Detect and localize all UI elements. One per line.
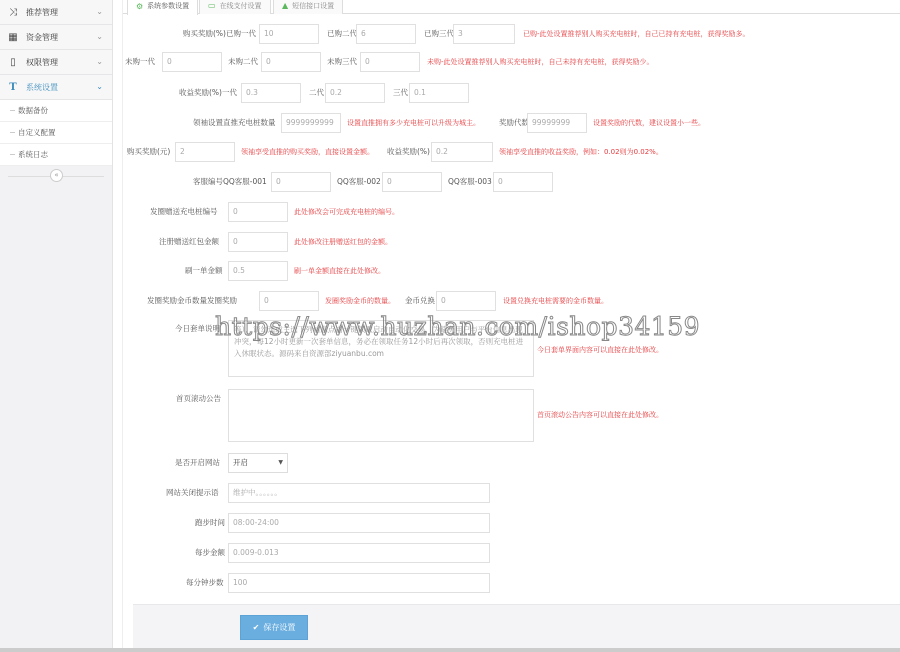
label-per-order-amount: 刷一单金额 (185, 262, 223, 280)
coin-exchange-input[interactable]: 0 (436, 291, 496, 311)
per-order-amount-input[interactable]: 0.5 (228, 261, 288, 281)
hint-today-order-desc: 今日套单界面内容可以直接在此处修改。 (537, 341, 663, 359)
tab-label: 短信接口设置 (292, 1, 334, 11)
leader-direct-count-input[interactable]: 9999999999 (281, 113, 341, 133)
chevron-down-icon: ⌄ (96, 57, 103, 66)
label-close-message: 网站关闭提示语 (166, 484, 219, 502)
hint-per-order-amount: 刷一单金额直接在此处修改。 (294, 262, 385, 280)
hint-coin-exchange: 设置兑换充电桩需要的金币数量。 (503, 292, 608, 310)
steps-per-minute-input[interactable]: 100 (228, 573, 490, 593)
sidebar-item-recommend[interactable]: ⤨ 推荐管理 ⌄ (0, 0, 112, 25)
label-qq-003: QQ客服-003 (448, 173, 492, 191)
label-share-charger-number: 发圈赠送充电桩编号 (150, 203, 218, 221)
chevron-down-icon: ⌄ (96, 82, 103, 91)
sidebar-item-label: 系统设置 (26, 82, 58, 93)
unpurchased-gen3-input[interactable]: 0 (360, 52, 420, 72)
label-purchased-gen3: 已购三代 (424, 25, 454, 43)
leader-purchase-reward-input[interactable]: 2 (175, 142, 235, 162)
register-redpacket-input[interactable]: 0 (228, 232, 288, 252)
income-reward-gen3-input[interactable]: 0.1 (409, 83, 469, 103)
hint-share-charger-number: 此处修改会可完成充电桩的编号。 (294, 203, 399, 221)
label-income-gen3: 三代 (393, 84, 408, 102)
label-share-coin-reward: 发圈奖励金币数量发圈奖励 (147, 292, 237, 310)
site-open-selected: 开启 (233, 458, 248, 467)
hint-share-coin-reward: 发圈奖励金币的数量。 (325, 292, 395, 310)
main-content: ⚙ 系统参数设置 ▭ 在线支付设置 ▲ 短信接口设置 购买奖励(%)已购一代 1… (122, 0, 900, 648)
label-run-time: 跑步时间 (195, 514, 225, 532)
label-purchased-gen2: 已购二代 (327, 25, 357, 43)
label-scrolling-notice: 首页滚动公告 (176, 390, 221, 408)
label-qq-002: QQ客服-002 (337, 173, 381, 191)
label-site-open: 是否开启网站 (175, 454, 220, 472)
share-icon: ⚙ (136, 2, 143, 11)
label-customer-service: 客服编号QQ客服-001 (193, 173, 267, 191)
sidebar-item-label: 权限管理 (26, 57, 58, 68)
unpurchased-gen1-input[interactable]: 0 (162, 52, 222, 72)
label-reward-generations: 奖励代数 (499, 114, 529, 132)
app-root: ⤨ 推荐管理 ⌄ ▦ 资金管理 ⌄ ▯ 权限管理 ⌄ T 系统设置 ⌄ 数据备份… (0, 0, 900, 652)
submenu-item-custom-config[interactable]: 自定义配置 (0, 122, 112, 144)
qq-service-002-input[interactable]: 0 (382, 172, 442, 192)
check-icon: ✔ (253, 623, 260, 632)
label-register-redpacket: 注册赠送红包金额 (159, 233, 219, 251)
site-open-select[interactable]: 开启 ▼ (228, 453, 288, 473)
unpurchased-gen2-input[interactable]: 0 (261, 52, 321, 72)
hint-register-redpacket: 此处修改注册赠送红包的金额。 (294, 233, 392, 251)
label-leader-income-reward: 收益奖励(%) (387, 143, 430, 161)
card-icon: ▭ (208, 1, 216, 10)
qq-service-001-input[interactable]: 0 (271, 172, 331, 192)
chevron-down-icon: ⌄ (96, 7, 103, 16)
sidebar: ⤨ 推荐管理 ⌄ ▦ 资金管理 ⌄ ▯ 权限管理 ⌄ T 系统设置 ⌄ 数据备份… (0, 0, 113, 648)
label-today-order-desc: 今日套单说明 (175, 320, 220, 338)
calendar-icon: ▦ (7, 31, 19, 43)
today-order-desc-textarea[interactable]: 等），请勾选或主选下列信息点击一键领取启动自动化交易，为避免用户与平台信息出现冲… (228, 320, 534, 377)
tab-bar: ⚙ 系统参数设置 ▭ 在线支付设置 ▲ 短信接口设置 (123, 0, 900, 14)
scrolling-notice-textarea[interactable] (228, 389, 534, 442)
chevron-down-icon: ⌄ (96, 32, 103, 41)
purchase-reward-gen3-input[interactable]: 3 (453, 24, 515, 44)
hint-reward-generations: 设置奖励的代数，建议设置小一些。 (593, 114, 705, 132)
sidebar-item-permissions[interactable]: ▯ 权限管理 ⌄ (0, 50, 112, 75)
tab-system-params[interactable]: ⚙ 系统参数设置 (127, 0, 198, 15)
collapse-sidebar-button[interactable]: « (50, 169, 63, 182)
label-unpurchased-gen3: 未购三代 (327, 53, 357, 71)
label-coin-exchange: 金币兑换 (405, 292, 435, 310)
hint-purchased: 已购-此处设置推荐别人购买充电桩时，自己已持有充电桩，获得奖励多。 (523, 25, 750, 43)
file-icon: ▯ (7, 56, 19, 68)
hint-scrolling-notice: 首页滚动公告内容可以直接在此处修改。 (537, 406, 663, 424)
form-actions: ✔ 保存设置 (133, 604, 900, 648)
submenu: 数据备份 自定义配置 系统日志 (0, 100, 112, 166)
tab-label: 在线支付设置 (220, 1, 262, 11)
purchase-reward-gen1-input[interactable]: 10 (259, 24, 319, 44)
window-bottom-edge (0, 648, 900, 652)
tab-online-payment[interactable]: ▭ 在线支付设置 (199, 0, 271, 14)
hint-leader-direct-count: 设置直推拥有多少充电桩可以升级为城主。 (347, 114, 480, 132)
label-income-reward: 收益奖励(%)一代 (179, 84, 237, 102)
label-steps-per-minute: 每分钟步数 (186, 574, 224, 592)
label-leader-purchase-reward: 购买奖励(元) (127, 143, 170, 161)
share-charger-number-input[interactable]: 0 (228, 202, 288, 222)
hint-unpurchased: 未购-此处设置推荐别人购买充电桩时，自己未持有充电桩，获得奖励少。 (427, 53, 654, 71)
label-unpurchased-gen1: 未购一代 (125, 53, 155, 71)
label-purchase-reward: 购买奖励(%)已购一代 (183, 25, 256, 43)
save-label: 保存设置 (263, 622, 295, 633)
sidebar-item-label: 推荐管理 (26, 7, 58, 18)
label-step-amount: 每步金额 (195, 544, 225, 562)
income-reward-gen1-input[interactable]: 0.3 (241, 83, 301, 103)
step-amount-input[interactable]: 0.009-0.013 (228, 543, 490, 563)
qq-service-003-input[interactable]: 0 (493, 172, 553, 192)
leader-income-reward-input[interactable]: 0.2 (431, 142, 493, 162)
label-income-gen2: 二代 (309, 84, 324, 102)
sidebar-collapse-bar: « (0, 166, 112, 186)
tab-sms-interface[interactable]: ▲ 短信接口设置 (273, 0, 343, 14)
sidebar-item-funds[interactable]: ▦ 资金管理 ⌄ (0, 25, 112, 50)
label-unpurchased-gen2: 未购二代 (228, 53, 258, 71)
text-icon: T (7, 81, 19, 93)
reward-generations-input[interactable]: 99999999 (527, 113, 587, 133)
label-leader-direct-count: 领袖设置直推充电桩数量 (193, 114, 276, 132)
dropdown-arrow-icon: ▼ (278, 454, 283, 472)
shuffle-icon: ⤨ (7, 6, 19, 18)
purchase-reward-gen2-input[interactable]: 6 (356, 24, 416, 44)
person-icon: ▲ (282, 1, 288, 10)
tab-label: 系统参数设置 (147, 1, 189, 11)
submenu-item-system-log[interactable]: 系统日志 (0, 144, 112, 166)
hint-leader-income-reward: 领袖享受直推的收益奖励，例如：0.02则为0.02%。 (499, 143, 663, 161)
run-time-input[interactable]: 08:00-24:00 (228, 513, 490, 533)
income-reward-gen2-input[interactable]: 0.2 (325, 83, 385, 103)
share-coin-reward-input[interactable]: 0 (259, 291, 319, 311)
sidebar-item-system-settings[interactable]: T 系统设置 ⌄ (0, 75, 112, 100)
close-message-input[interactable]: 维护中。。。。。。 (228, 483, 490, 503)
hint-leader-purchase-reward: 领袖享受直推的购买奖励，直接设置金额。 (241, 143, 374, 161)
submenu-item-backup[interactable]: 数据备份 (0, 100, 112, 122)
save-settings-button[interactable]: ✔ 保存设置 (240, 615, 308, 640)
sidebar-item-label: 资金管理 (26, 32, 58, 43)
